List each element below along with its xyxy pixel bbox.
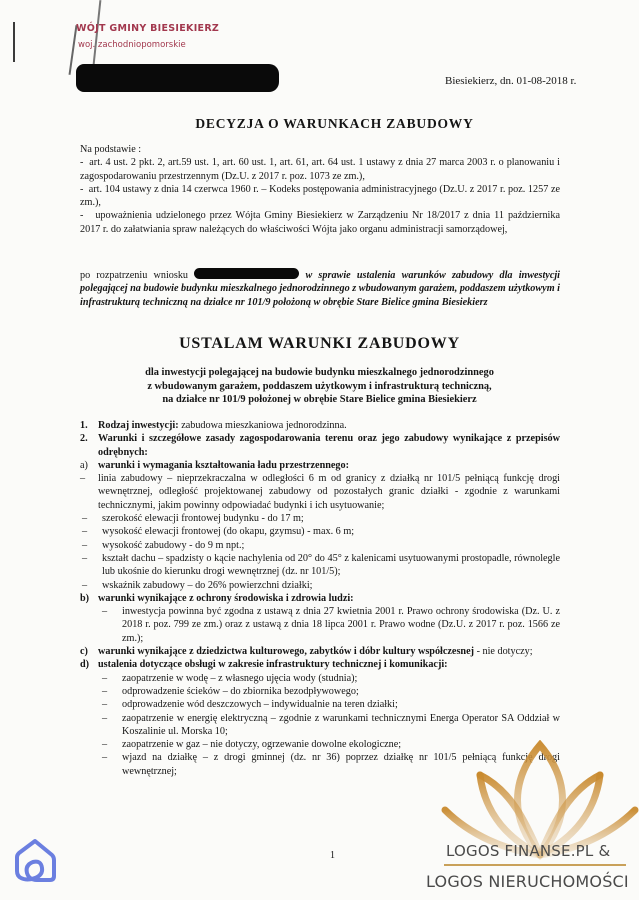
legal-basis: Na podstawie : - art. 4 ust. 2 pkt. 2, a… [80,143,560,236]
list-item: – wskaźnik zabudowy – do 26% powierzchni… [78,579,560,592]
document-date: Biesiekierz, dn. 01-08-2018 r. [445,75,576,87]
municipality-stamp: WÓJT GMINY BIESIEKIERZ woj. zachodniopom… [76,23,219,50]
section-c-heading: c) warunki wynikające z dziedzictwa kult… [80,645,560,658]
section-b-heading: b) warunki wynikające z ochrony środowis… [80,592,560,605]
stamp-title: WÓJT GMINY BIESIEKIERZ [76,23,219,34]
legal-basis-item: - art. 4 ust. 2 pkt. 2, art.59 ust. 1, a… [80,156,560,183]
conditions-list: 1. Rodzaj inwestycji: zabudowa mieszkani… [80,419,560,778]
list-item: – szerokość elewacji frontowej budynku -… [78,512,560,525]
list-item: – inwestycja powinna być zgodna z ustawą… [98,605,560,645]
list-item: – wysokość zabudowy - do 9 m npt.; [78,539,560,552]
list-item: – zaopatrzenie w energię elektryczną – z… [98,712,560,739]
request-paragraph: po rozpatrzeniu wniosku w sprawie ustale… [80,268,560,309]
decision-subtitle: dla inwestycji polegającej na budowie bu… [0,366,639,407]
watermark-line-2: LOGOS NIERUCHOMOŚCI [426,872,629,891]
decision-title: USTALAM WARUNKI ZABUDOWY [0,335,639,353]
redacted-applicant [194,268,299,279]
list-item: – kształt dachu – spadzisty o kącie nach… [78,552,560,579]
document-page: WÓJT GMINY BIESIEKIERZ woj. zachodniopom… [0,0,639,900]
list-item: – odprowadzenie wód deszczowych – indywi… [98,698,560,711]
page-number: 1 [330,850,335,861]
list-item: – linia zabudowy – nieprzekraczalna w od… [78,472,560,512]
document-title: DECYZJA O WARUNKACH ZABUDOWY [0,116,639,132]
section-a-heading: a) warunki i wymagania kształtowania ład… [80,459,560,472]
list-item: – wysokość elewacji frontowej (do okapu,… [78,525,560,538]
point-2: 2. Warunki i szczegółowe zasady zagospod… [80,432,560,459]
legal-basis-item: - upoważnienia udzielonego przez Wójta G… [80,209,560,236]
redacted-address [76,64,279,92]
section-d-heading: d) ustalenia dotyczące obsługi w zakresi… [80,658,560,671]
legal-basis-intro: Na podstawie : [80,143,560,156]
list-item: – zaopatrzenie w wodę – z własnego ujęci… [98,672,560,685]
legal-basis-item: - art. 104 ustawy z dnia 14 czerwca 1960… [80,183,560,210]
watermark-divider [444,864,626,866]
home-pin-logo-icon [13,838,57,884]
list-item: – odprowadzenie ścieków – do zbiornika b… [98,685,560,698]
staple-mark [13,22,15,62]
watermark-line-1: LOGOS FINANSE.PL & [446,842,610,860]
point-1: 1. Rodzaj inwestycji: zabudowa mieszkani… [80,419,560,432]
stamp-region: woj. zachodniopomorskie [78,40,219,50]
